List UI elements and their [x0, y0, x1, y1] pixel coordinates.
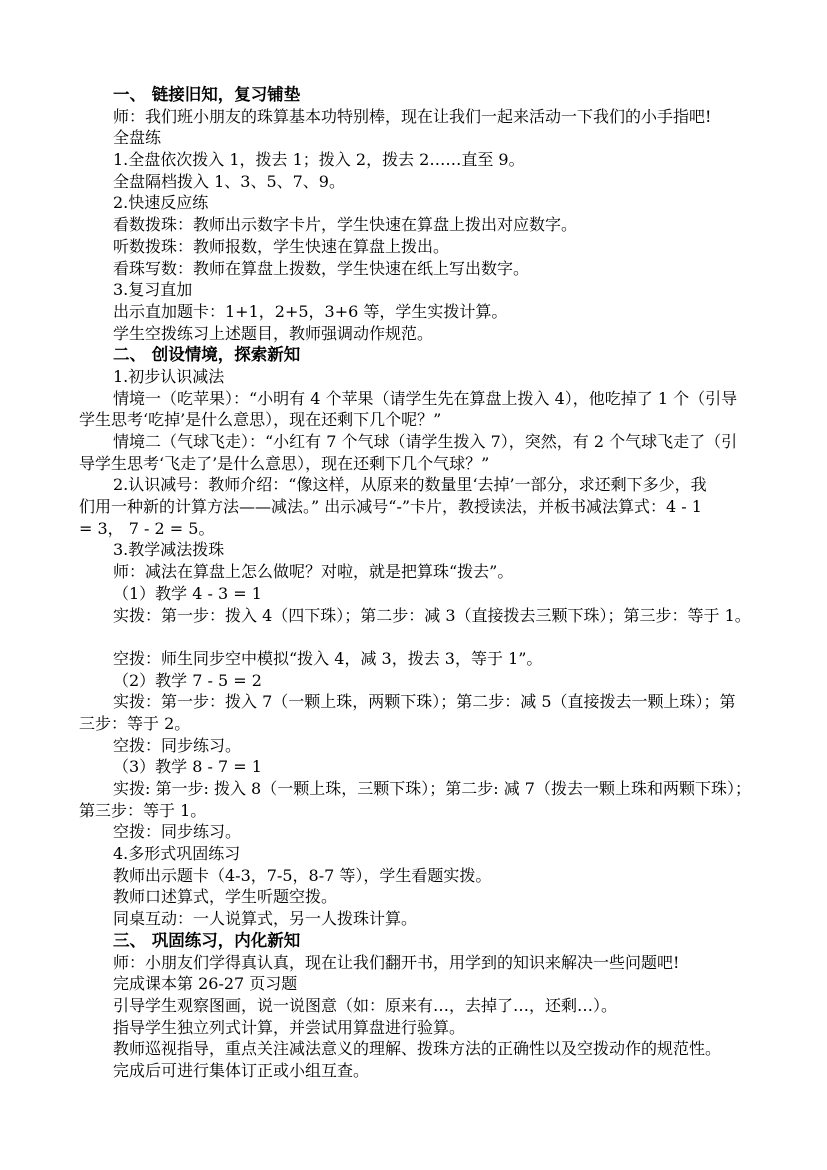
doc-line: 实拨：第一步：拨入 7（一颗上珠，两颗下珠）；第二步：减 5（直接拨去一颗上珠）…: [0, 691, 827, 713]
doc-line: 3.复习直加: [0, 279, 827, 301]
doc-line: 看珠写数：教师在算盘上拨数，学生快速在纸上写出数字。: [0, 258, 827, 280]
doc-line: = 3， 7 - 2 = 5。: [0, 518, 827, 540]
doc-line: 2.快速反应练: [0, 192, 827, 214]
section-heading: 一、 链接旧知，复习铺垫: [0, 84, 827, 106]
doc-line: 实拨: 第一步: 拨入 8（一颗上珠，三颗下珠）；第二步: 减 7（拨去一颗上珠…: [0, 778, 827, 800]
doc-line: 同桌互动：一人说算式，另一人拨珠计算。: [0, 908, 827, 930]
doc-line: 空拨：同步练习。: [0, 735, 827, 757]
doc-line: 空拨：同步练习。: [0, 821, 827, 843]
doc-line: 教师巡视指导，重点关注减法意义的理解、拨珠方法的正确性以及空拨动作的规范性。: [0, 1038, 827, 1060]
doc-line: 完成后可进行集体订正或小组互查。: [0, 1060, 827, 1082]
section-heading: 二、 创设情境，探索新知: [0, 344, 827, 366]
doc-line: 听数拨珠：教师报数，学生快速在算盘上拨出。: [0, 236, 827, 258]
doc-line: （1）教学 4 - 3 = 1: [0, 583, 827, 605]
doc-line: 2.认识减号：教师介绍：“像这样，从原来的数量里‘去掉’一部分，求还剩下多少，我: [0, 474, 827, 496]
doc-line: 全盘隔档拨入 1、3、5、7、9。: [0, 171, 827, 193]
doc-line: 情境一（吃苹果）：“小明有 4 个苹果（请学生先在算盘上拨入 4），他吃掉了 1…: [0, 388, 827, 410]
doc-line: 教师口述算式，学生听题空拨。: [0, 886, 827, 908]
doc-line: 空拨：师生同步空中模拟“拨入 4，减 3，拨去 3，等于 1”。: [0, 648, 827, 670]
document-body: 一、 链接旧知，复习铺垫师：我们班小朋友的珠算基本功特别棒，现在让我们一起来活动…: [0, 84, 827, 1082]
doc-line: 学生思考‘吃掉’是什么意思），现在还剩下几个呢？”: [0, 409, 827, 431]
doc-line: 1.初步认识减法: [0, 366, 827, 388]
doc-line: 1.全盘依次拨入 1，拨去 1；拨入 2，拨去 2……直至 9。: [0, 149, 827, 171]
doc-line: 指导学生独立列式计算，并尝试用算盘进行验算。: [0, 1017, 827, 1039]
doc-line: 师：减法在算盘上怎么做呢？对啦，就是把算珠“拨去”。: [0, 561, 827, 583]
doc-line: 师：小朋友们学得真认真，现在让我们翻开书，用学到的知识来解决一些问题吧!: [0, 952, 827, 974]
document-page: 一、 链接旧知，复习铺垫师：我们班小朋友的珠算基本功特别棒，现在让我们一起来活动…: [0, 0, 827, 1170]
doc-line: 完成课本第 26-27 页习题: [0, 973, 827, 995]
doc-line: 师：我们班小朋友的珠算基本功特别棒，现在让我们一起来活动一下我们的小手指吧!: [0, 106, 827, 128]
doc-line: 引导学生观察图画，说一说图意（如：原来有…，去掉了…，还剩…）。: [0, 995, 827, 1017]
doc-line: 学生空拨练习上述题目，教师强调动作规范。: [0, 323, 827, 345]
doc-line: 出示直加题卡：1+1，2+5，3+6 等，学生实拨计算。: [0, 301, 827, 323]
doc-line: （2）教学 7 - 5 = 2: [0, 670, 827, 692]
doc-line: 看数拨珠：教师出示数字卡片，学生快速在算盘上拨出对应数字。: [0, 214, 827, 236]
doc-line: 们用一种新的计算方法——减法。” 出示减号“-”卡片，教授读法，并板书减法算式：…: [0, 496, 827, 518]
doc-line: 实拨：第一步：拨入 4（四下珠）；第二步：减 3（直接拨去三颗下珠）；第三步：等…: [0, 605, 827, 627]
doc-line: 3.教学减法拨珠: [0, 539, 827, 561]
doc-line: 第三步：等于 1。: [0, 800, 827, 822]
doc-line: 情境二（气球飞走）：“小红有 7 个气球（请学生拨入 7），突然，有 2 个气球…: [0, 431, 827, 453]
doc-line: 全盘练: [0, 127, 827, 149]
blank-line: [0, 626, 827, 648]
doc-line: 导学生思考‘飞走了’是什么意思），现在还剩下几个气球？”: [0, 453, 827, 475]
doc-line: （3）教学 8 - 7 = 1: [0, 756, 827, 778]
doc-line: 4.多形式巩固练习: [0, 843, 827, 865]
doc-line: 三步：等于 2。: [0, 713, 827, 735]
doc-line: 教师出示题卡（4-3，7-5，8-7 等），学生看题实拨。: [0, 865, 827, 887]
section-heading: 三、 巩固练习，内化新知: [0, 930, 827, 952]
